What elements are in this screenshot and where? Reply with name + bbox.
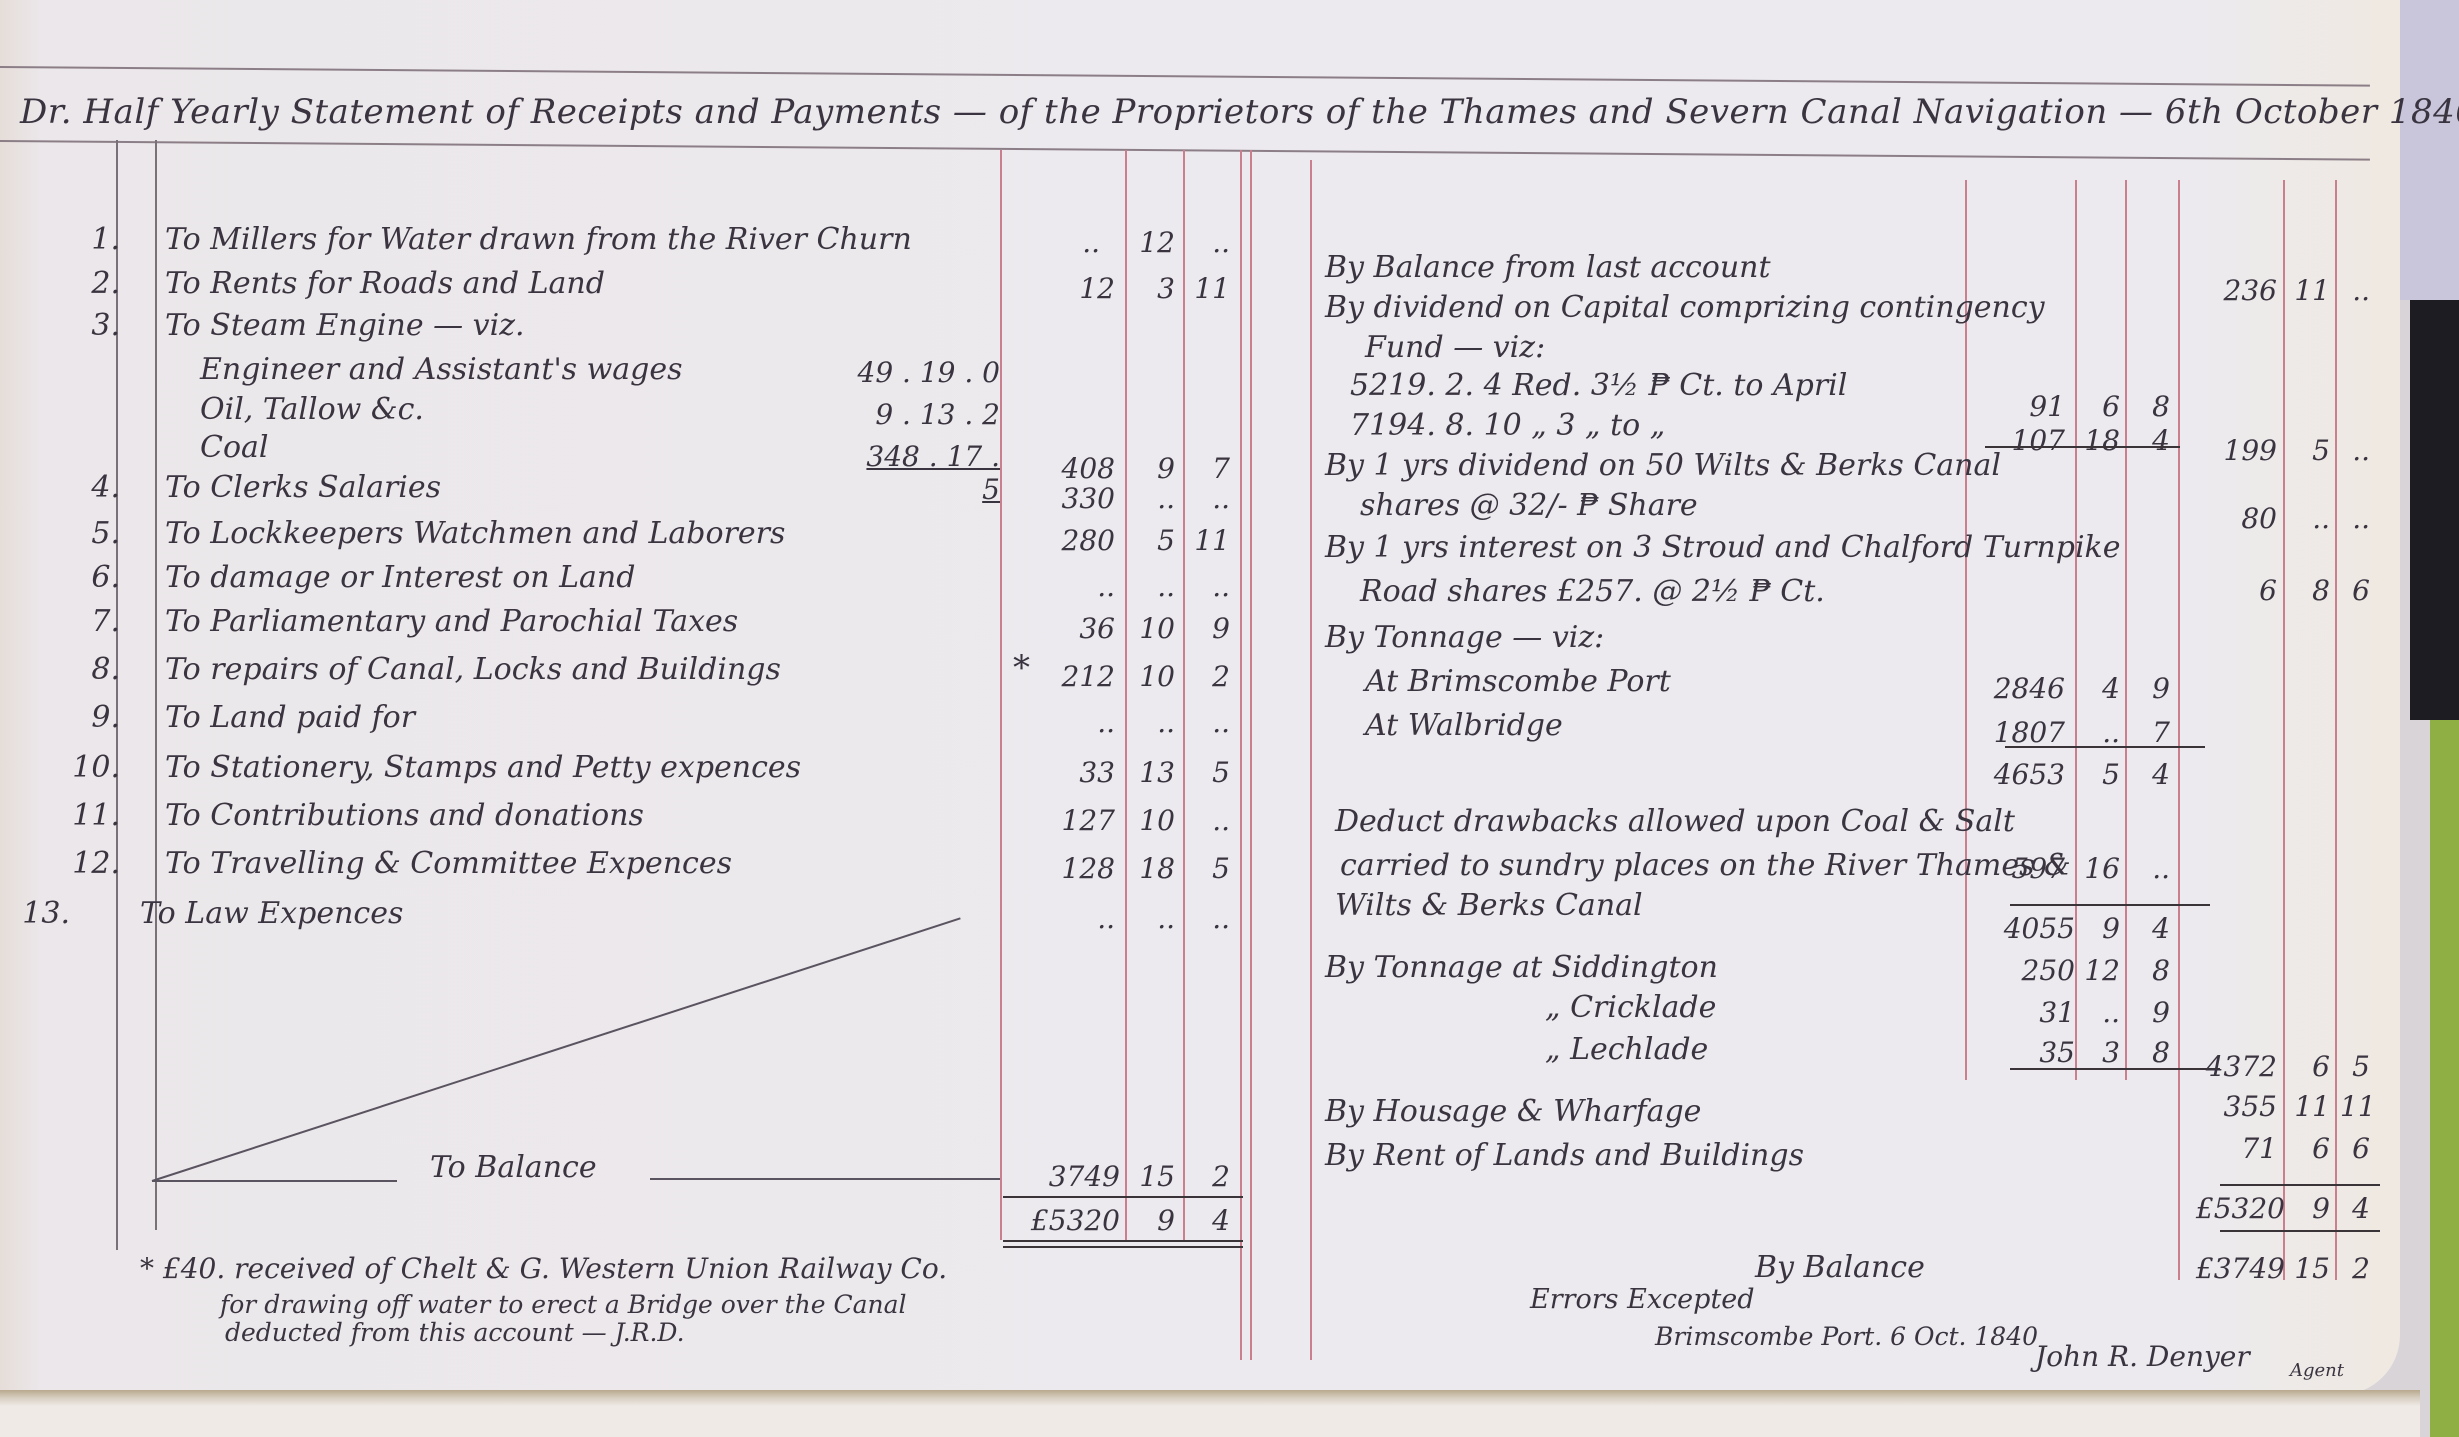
credit-total-shillings: 6 [2290, 1050, 2330, 1083]
debit-subitem-text: Engineer and Assistant's wages [200, 352, 683, 387]
credit-item-text: 5219. 2. 4 Red. 3½ ₱ Ct. to April [1350, 368, 1847, 403]
debit-pounds: 280 [1020, 524, 1115, 557]
debit-pence: 2 [1190, 660, 1230, 693]
subtotal-rule [1985, 446, 2180, 448]
debit-total-rule-top [1003, 1196, 1243, 1198]
subtotal-rule [2005, 746, 2205, 748]
debit-total-pence: 4 [1190, 1204, 1230, 1237]
credit-item-text: By 1 yrs dividend on 50 Wilts & Berks Ca… [1325, 448, 2001, 483]
credit-detail-pounds: 597 [1975, 852, 2065, 885]
debit-shillings: 13 [1130, 756, 1175, 789]
item-number: 13. [10, 896, 70, 931]
debit-pounds: 127 [1020, 804, 1115, 837]
debit-item-text: To Millers for Water drawn from the Rive… [165, 222, 912, 257]
debit-number-margin [116, 140, 118, 1250]
debit-pence: 7 [1190, 452, 1230, 485]
credit-total-shillings: 5 [2290, 434, 2330, 467]
debit-shillings: .. [1130, 706, 1175, 739]
credit-item-text: 7194. 8. 10 „ 3 „ to „ [1350, 408, 1665, 443]
debit-shillings: 10 [1130, 660, 1175, 693]
debit-item-text: To Rents for Roads and Land [165, 266, 605, 301]
credit-outer-pounds-rule [2283, 180, 2285, 1280]
credit-detail-pence: 8 [2130, 954, 2170, 987]
next-page-edge [0, 1390, 2420, 1437]
credit-total-pence: 6 [2340, 1132, 2370, 1165]
credit-item-text: By 1 yrs interest on 3 Stroud and Chalfo… [1325, 530, 2120, 565]
debit-pence: .. [1190, 706, 1230, 739]
item-number: 9. [70, 700, 120, 735]
debit-pounds: 212 [1020, 660, 1115, 693]
debit-shillings: 5 [1130, 524, 1175, 557]
credit-detail-shillings: .. [2080, 716, 2120, 749]
debit-pounds-rule [1000, 150, 1002, 1240]
credit-item-text: At Brimscombe Port [1365, 664, 1671, 699]
credit-total-rule-bottom [2220, 1230, 2380, 1232]
item-number: 3. [70, 308, 120, 343]
debit-item-text: To damage or Interest on Land [165, 560, 635, 595]
credit-detail-pence: 9 [2130, 672, 2170, 705]
credit-detail-pence: 7 [2130, 716, 2170, 749]
debit-pounds: 33 [1020, 756, 1115, 789]
debit-item-text: To repairs of Canal, Locks and Buildings [165, 652, 781, 687]
credit-item-text: Fund — viz: [1365, 330, 1545, 365]
credit-item-text: Wilts & Berks Canal [1335, 888, 1643, 923]
credit-total-shillings: 11 [2290, 274, 2330, 307]
credit-detail-pence: 4 [2130, 912, 2170, 945]
debit-item-text: To Clerks Salaries [165, 470, 441, 505]
credit-outer-shillings-rule [2335, 180, 2337, 1280]
debit-total-shillings: 9 [1130, 1204, 1175, 1237]
credit-detail-pounds: 35 [1975, 1036, 2075, 1069]
debit-subitem-amount: 9 . 13 . 2 [840, 398, 1000, 431]
signature-role: Agent [2290, 1360, 2344, 1381]
debit-shillings: .. [1130, 902, 1175, 935]
credit-total-rule-top [2220, 1184, 2380, 1186]
debit-shillings: 18 [1130, 852, 1175, 885]
debit-pence: 5 [1190, 756, 1230, 789]
credit-detail-pence: 9 [2130, 996, 2170, 1029]
item-number: 10. [70, 750, 120, 785]
page-title: Dr. Half Yearly Statement of Receipts an… [20, 92, 2459, 132]
credit-balance-pence: 2 [2340, 1252, 2370, 1285]
item-number: 1. [70, 222, 120, 257]
debit-item-text: To Law Expences [140, 896, 403, 931]
credit-detail-pounds: 4653 [1975, 758, 2065, 791]
credit-detail-shillings: 9 [2080, 912, 2120, 945]
credit-detail-shillings: 12 [2080, 954, 2120, 987]
credit-detail-pounds: 31 [1975, 996, 2075, 1029]
credit-item-text: By Tonnage at Siddington [1325, 950, 1718, 985]
credit-balance-pounds: £3749 [2175, 1252, 2285, 1285]
debit-shillings: 10 [1130, 804, 1175, 837]
credit-total-pence: .. [2340, 274, 2370, 307]
credit-total-shillings: .. [2290, 502, 2330, 535]
debit-pence: .. [1190, 804, 1230, 837]
credit-total-pounds: 80 [2185, 502, 2277, 535]
debit-pounds: 128 [1020, 852, 1115, 885]
debit-item-text: To Contributions and donations [165, 798, 644, 833]
debit-pounds: 408 [1020, 452, 1115, 485]
debit-item-text: To Travelling & Committee Expences [165, 846, 732, 881]
item-number: 5. [70, 516, 120, 551]
debit-shillings: 3 [1130, 272, 1175, 305]
debit-pence: .. [1190, 902, 1230, 935]
credit-total-pence: 5 [2340, 1050, 2370, 1083]
credit-detail-pounds: 250 [1975, 954, 2075, 987]
credit-item-text: „ Lechlade [1545, 1032, 1708, 1067]
credit-grand-total-shillings: 9 [2290, 1192, 2330, 1225]
credit-text-margin [1310, 160, 1312, 1360]
debit-subitem-text: Coal [200, 430, 269, 465]
credit-balance-label: By Balance [1755, 1250, 1925, 1285]
void-diagonal-line [152, 917, 961, 1182]
credit-inner-shillings-rule [2075, 180, 2077, 1080]
credit-detail-pounds: 2846 [1975, 672, 2065, 705]
credit-detail-pence: 8 [2130, 390, 2170, 423]
item-number: 2. [70, 266, 120, 301]
credit-detail-pence: 4 [2130, 758, 2170, 791]
debit-pence: .. [1190, 482, 1230, 515]
credit-total-pounds: 71 [2185, 1132, 2277, 1165]
debit-subitem-text: Oil, Tallow &c. [200, 392, 424, 427]
debit-text-margin [155, 140, 157, 1230]
credit-item-text: By Rent of Lands and Buildings [1325, 1138, 1804, 1173]
background-green-surface [2430, 720, 2459, 1437]
credit-detail-pounds: 4055 [1975, 912, 2075, 945]
credit-item-text: At Walbridge [1365, 708, 1563, 743]
credit-total-shillings: 6 [2290, 1132, 2330, 1165]
credit-detail-shillings: 16 [2080, 852, 2120, 885]
debit-pence: 5 [1190, 852, 1230, 885]
debit-item-text: To Steam Engine — viz. [165, 308, 525, 343]
credit-total-pounds: 4372 [2185, 1050, 2277, 1083]
credit-total-pence: .. [2340, 502, 2370, 535]
debit-pence: 11 [1190, 272, 1230, 305]
credit-total-pence: 11 [2340, 1090, 2370, 1123]
center-divider [1250, 150, 1252, 1360]
credit-total-pounds: 199 [2185, 434, 2277, 467]
credit-item-text: By dividend on Capital comprizing contin… [1325, 290, 2045, 325]
balance-lead-line [152, 1180, 397, 1182]
credit-detail-pence: 4 [2130, 424, 2170, 457]
item-number: 4. [70, 470, 120, 505]
debit-total-rule-double [1003, 1246, 1243, 1248]
debit-pence: .. [1190, 570, 1230, 603]
debit-item-text: To Lockkeepers Watchmen and Laborers [165, 516, 785, 551]
debit-total-pounds: £5320 [1000, 1204, 1120, 1237]
credit-item-text: By Balance from last account [1325, 250, 1771, 285]
credit-detail-shillings: 6 [2080, 390, 2120, 423]
background-dark-object [2410, 300, 2459, 720]
credit-total-pence: .. [2340, 434, 2370, 467]
credit-grand-total-pence: 4 [2340, 1192, 2370, 1225]
balance-trail-line [650, 1178, 1000, 1180]
footnote-line: for drawing off water to erect a Bridge … [220, 1290, 907, 1319]
debit-pounds: .. [1040, 226, 1100, 259]
debit-shillings: 12 [1130, 226, 1175, 259]
debit-pounds: 330 [1020, 482, 1115, 515]
credit-grand-total-pounds: £5320 [2175, 1192, 2285, 1225]
debit-end-rule [1240, 150, 1242, 1360]
credit-item-text: „ Cricklade [1545, 990, 1716, 1025]
credit-item-text: By Housage & Wharfage [1325, 1094, 1701, 1129]
debit-subitem-amount: 49 . 19 . 0 [840, 356, 1000, 389]
credit-detail-shillings: 18 [2080, 424, 2120, 457]
credit-total-shillings: 8 [2290, 574, 2330, 607]
debit-pounds: 36 [1020, 612, 1115, 645]
debit-balance-pence: 2 [1190, 1160, 1230, 1193]
credit-total-shillings: 11 [2290, 1090, 2330, 1123]
debit-shillings: 9 [1130, 452, 1175, 485]
credit-detail-pounds: 1807 [1975, 716, 2065, 749]
footnote-line: * £40. received of Chelt & G. Western Un… [140, 1252, 947, 1285]
item-number: 8. [70, 652, 120, 687]
item-number: 12. [70, 846, 120, 881]
credit-detail-pence: 8 [2130, 1036, 2170, 1069]
debit-shillings: .. [1130, 482, 1175, 515]
credit-detail-shillings: 5 [2080, 758, 2120, 791]
footnote-line: deducted from this account — J.R.D. [225, 1318, 685, 1347]
item-number: 6. [70, 560, 120, 595]
debit-pence-rule [1183, 150, 1185, 1240]
credit-item-text: Road shares £257. @ 2½ ₱ Ct. [1360, 574, 1825, 609]
debit-item-text: To Land paid for [165, 700, 415, 735]
signature: John R. Denyer [2035, 1340, 2250, 1373]
credit-detail-shillings: 3 [2080, 1036, 2120, 1069]
credit-total-pounds: 6 [2185, 574, 2277, 607]
debit-shillings: .. [1130, 570, 1175, 603]
credit-item-text: By Tonnage — viz: [1325, 620, 1604, 655]
debit-shillings: 10 [1130, 612, 1175, 645]
credit-total-pounds: 236 [2185, 274, 2277, 307]
header-top-rule [0, 66, 2370, 87]
debit-shillings-rule [1125, 150, 1127, 1240]
debit-total-rule-bottom [1003, 1240, 1243, 1242]
debit-item-text: To Stationery, Stamps and Petty expences [165, 750, 801, 785]
ledger-page: Dr. Half Yearly Statement of Receipts an… [0, 0, 2400, 1395]
debit-balance-pounds: 3749 [1020, 1160, 1120, 1193]
credit-inner-end-rule [2178, 180, 2180, 1280]
credit-inner-pence-rule [2125, 180, 2127, 1080]
debit-pounds: .. [1020, 902, 1115, 935]
debit-subitem-amount: 348 . 17 . 5 [840, 440, 1000, 506]
debit-pence: 9 [1190, 612, 1230, 645]
credit-detail-pence: .. [2130, 852, 2170, 885]
debit-pounds: .. [1020, 570, 1115, 603]
credit-detail-pounds: 91 [1975, 390, 2065, 423]
credit-detail-shillings: .. [2080, 996, 2120, 1029]
debit-pounds: 12 [1040, 272, 1115, 305]
debit-pounds: .. [1020, 706, 1115, 739]
credit-detail-shillings: 4 [2080, 672, 2120, 705]
credit-balance-shillings: 15 [2290, 1252, 2330, 1285]
item-number: 7. [70, 604, 120, 639]
item-number: 11. [70, 798, 120, 833]
debit-pence: .. [1190, 226, 1230, 259]
debit-balance-label: To Balance [430, 1150, 597, 1185]
debit-pence: 11 [1190, 524, 1230, 557]
credit-total-pence: 6 [2340, 574, 2370, 607]
subtotal-rule [2010, 904, 2210, 906]
credit-item-text: carried to sundry places on the River Th… [1340, 848, 2071, 883]
credit-item-text: shares @ 32/- ₱ Share [1360, 488, 1698, 523]
credit-total-pounds: 355 [2185, 1090, 2277, 1123]
errors-excepted: Errors Excepted [1530, 1284, 1755, 1315]
credit-item-text: Deduct drawbacks allowed upon Coal & Sal… [1335, 804, 2015, 839]
place-date: Brimscombe Port. 6 Oct. 1840 [1655, 1322, 2038, 1351]
debit-balance-shillings: 15 [1130, 1160, 1175, 1193]
debit-item-text: To Parliamentary and Parochial Taxes [165, 604, 738, 639]
